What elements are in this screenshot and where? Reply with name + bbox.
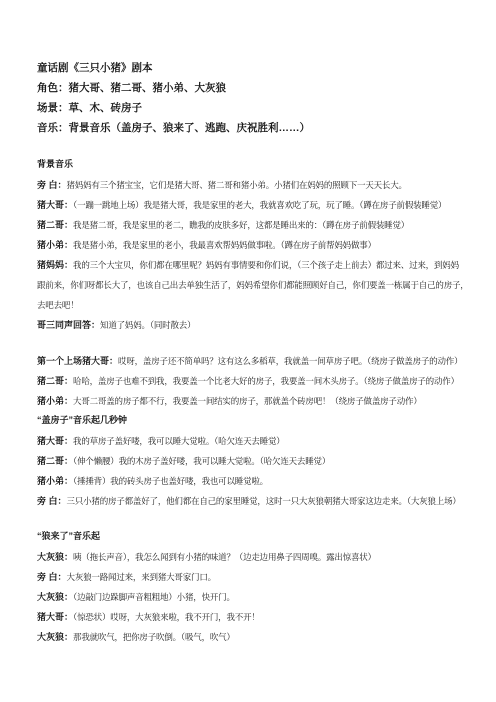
script-line: 角色：猪大哥、猪二哥、猪小弟、大灰狼 [37,78,466,98]
script-line: 大灰狼：（边敲门边跺脚声音粗粗地）小猪，快开门。 [37,586,466,606]
speaker-label: 旁 白： [37,496,67,506]
script-line: “狼来了”音乐起 [37,526,466,546]
line-text: 去吧去吧！ [37,300,79,310]
speaker-label: 旁 白： [37,572,67,582]
line-text: 我的草房子盖好喽，我可以睡大觉啦。（哈欠连天去睡觉） [73,436,285,446]
speaker-label: 大灰狼： [37,592,73,602]
speaker-label: 旁 白： [37,180,67,190]
line-text: 我是猪二哥，我是家里的老二，瞧我的皮肤多好，这都是睡出来的：（蹲在房子前假装睡觉… [73,220,409,230]
speaker-label: 猪二哥： [37,456,73,466]
script-line: 第一个上场猪大哥：哎呀，盖房子还不简单吗？这有这么多稻草，我就盖一间草房子吧。（… [37,350,466,370]
script-line: 哥三同声回答：知道了妈妈。（同时散去） [37,314,466,334]
line-text: 大灰狼一路闻过来，来到猪大哥家门口。 [67,572,216,582]
script-line: 旁 白：三只小猪的房子都盖好了，他们都在自己的家里睡觉，这时一只大灰狼朝猪大哥家… [37,490,466,510]
line-text: （惊恐状）哎呀，大灰狼来啦，我不开门，我不开！ [73,612,260,622]
line-text: （一蹦一跳地上场）我是猪大哥，我是家里的老大，我就喜欢吃了玩，玩了睡。（蹲在房子… [73,200,446,210]
script-line: 猪大哥：（惊恐状）哎呀，大灰狼来啦，我不开门，我不开！ [37,606,466,626]
line-text: 跟前来，你们呀都长大了，也该自己出去单独生活了，妈妈希望你们都能照顾好自己，你们… [37,280,466,290]
script-line: 背景音乐 [37,154,466,174]
script-line: 大灰狼：那我就吹气，把你房子吹倒。（吸气，吹气） [37,626,466,646]
script-line: 猪小弟：（捶捶背）我的砖头房子也盖好喽，我也可以睡觉啦。 [37,470,466,490]
speaker-label: 大灰狼： [37,632,73,642]
script-line: 去吧去吧！ [37,294,466,314]
speaker-label: 猪二哥： [37,376,73,386]
script-line: “盖房子”音乐起几秒钟 [37,410,466,430]
header-text: 角色：猪大哥、猪二哥、猪小弟、大灰狼 [37,82,226,94]
speaker-label: 猪妈妈： [37,260,73,270]
line-text: 那我就吹气，把你房子吹倒。（吸气，吹气） [73,632,235,642]
line-text: （边敲门边跺脚声音粗粗地）小猪，快开门。 [73,592,235,602]
line-text: “狼来了”音乐起 [37,531,100,541]
script-line: 猪妈妈：我的三个大宝贝，你们都在哪里呢？妈妈有事情要和你们说，（三个孩子走上前去… [37,254,466,274]
script-line: 猪二哥：（伸个懒腰）我的木房子盖好喽，我可以睡大觉啦。（哈欠连天去睡觉） [37,450,466,470]
line-text: 猪妈妈有三个猪宝宝，它们是猪大哥、猪二哥和猪小弟。小猪们在妈妈的照顾下一天天长大… [67,180,407,190]
script-line: 猪二哥：我是猪二哥，我是家里的老二，瞧我的皮肤多好，这都是睡出来的：（蹲在房子前… [37,214,466,234]
line-text: 我是猪小弟，我是家里的老小，我最喜欢帮妈妈做事啦。（蹲在房子前帮妈妈做事） [73,240,376,250]
script-line: 童话剧《三只小猪》剧本 [37,58,466,78]
header-text: 音乐：背景音乐（盖房子、狼来了、逃跑、庆祝胜利……） [37,122,310,134]
speaker-label: 猪二哥： [37,220,73,230]
script-line: 旁 白：大灰狼一路闻过来，来到猪大哥家门口。 [37,566,466,586]
line-text: 哎呀，盖房子还不简单吗？这有这么多稻草，我就盖一间草房子吧。（绕房子做盖房子的动… [118,356,462,366]
line-text: （捶捶背）我的砖头房子也盖好喽，我也可以睡觉啦。 [73,476,268,486]
script-line: 音乐：背景音乐（盖房子、狼来了、逃跑、庆祝胜利……） [37,118,466,138]
speaker-label: 哥三同声回答： [37,320,100,330]
script-line: 猪小弟：大哥二哥盖的房子都不行，我要盖一间结实的房子，那就盖个砖房吧！（绕房子做… [37,390,466,410]
line-text: 我的三个大宝贝，你们都在哪里呢？妈妈有事情要和你们说，（三个孩子走上前去）都过来… [73,260,459,270]
script-line: 猪大哥：我的草房子盖好喽，我可以睡大觉啦。（哈欠连天去睡觉） [37,430,466,450]
speaker-label: 猪大哥： [37,612,73,622]
script-body: 童话剧《三只小猪》剧本角色：猪大哥、猪二哥、猪小弟、大灰狼场景：草、木、砖房子音… [37,58,466,646]
speaker-label: 猪大哥： [37,436,73,446]
line-text: “盖房子”音乐起几秒钟 [37,415,127,425]
script-line: 场景：草、木、砖房子 [37,98,466,118]
blank-spacer [37,510,466,526]
document-page: 童话剧《三只小猪》剧本角色：猪大哥、猪二哥、猪小弟、大灰狼场景：草、木、砖房子音… [0,0,496,702]
speaker-label: 第一个上场猪大哥： [37,356,118,366]
blank-spacer [37,334,466,350]
script-line: 大灰狼：咦（拖长声音），我怎么闻到有小猪的味道？（边走边用鼻子四周嗅。露出惊喜状… [37,546,466,566]
speaker-label: 猪小弟： [37,240,73,250]
script-line: 猪二哥：哈哈，盖房子也难不到我，我要盖一个比老大好的房子，我要盖一间木头房子。（… [37,370,466,390]
script-line: 猪大哥：（一蹦一跳地上场）我是猪大哥，我是家里的老大，我就喜欢吃了玩，玩了睡。（… [37,194,466,214]
header-text: 场景：草、木、砖房子 [37,102,142,114]
line-text: 知道了妈妈。（同时散去） [100,320,195,330]
speaker-label: 大灰狼： [37,552,73,562]
blank-spacer [37,138,466,154]
line-text: 三只小猪的房子都盖好了，他们都在自己的家里睡觉，这时一只大灰狼朝猪大哥家这边走来… [67,496,461,506]
script-line: 跟前来，你们呀都长大了，也该自己出去单独生活了，妈妈希望你们都能照顾好自己，你们… [37,274,466,294]
line-text: 背景音乐 [37,159,73,169]
speaker-label: 猪小弟： [37,396,73,406]
line-text: 哈哈，盖房子也难不到我，我要盖一个比老大好的房子，我要盖一间木头房子。（绕房子做… [73,376,459,386]
script-line: 猪小弟：我是猪小弟，我是家里的老小，我最喜欢帮妈妈做事啦。（蹲在房子前帮妈妈做事… [37,234,466,254]
line-text: （伸个懒腰）我的木房子盖好喽，我可以睡大觉啦。（哈欠连天去睡觉） [73,456,330,466]
header-text: 童话剧《三只小猪》剧本 [37,62,153,74]
script-line: 旁 白：猪妈妈有三个猪宝宝，它们是猪大哥、猪二哥和猪小弟。小猪们在妈妈的照顾下一… [37,174,466,194]
speaker-label: 猪小弟： [37,476,73,486]
line-text: 咦（拖长声音），我怎么闻到有小猪的味道？（边走边用鼻子四周嗅。露出惊喜状） [73,552,376,562]
speaker-label: 猪大哥： [37,200,73,210]
line-text: 大哥二哥盖的房子都不行，我要盖一间结实的房子，那就盖个砖房吧！（绕房子做盖房子动… [73,396,422,406]
